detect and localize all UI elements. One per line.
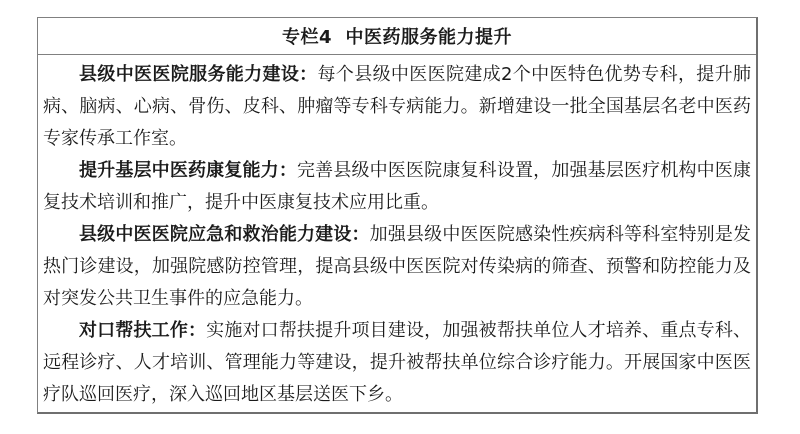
paragraph-emergency-capacity: 县级中医医院应急和救治能力建设：加强县级中医医院感染性疾病科等科室特别是发热门诊… <box>43 219 751 315</box>
column4-panel: 专栏4 中医药服务能力提升 县级中医医院服务能力建设：每个县级中医医院建成2个中… <box>37 17 758 414</box>
panel-body: 县级中医医院服务能力建设：每个县级中医医院建成2个中医特色优势专科，提升肺病、脑… <box>38 55 756 411</box>
paragraph-county-service: 县级中医医院服务能力建设：每个县级中医医院建成2个中医特色优势专科，提升肺病、脑… <box>43 59 751 155</box>
paragraph-lead: 县级中医医院应急和救治能力建设： <box>79 224 370 245</box>
paragraph-lead: 对口帮扶工作： <box>79 320 206 341</box>
paragraph-rehab-capacity: 提升基层中医药康复能力：完善县级中医医院康复科设置，加强基层医疗机构中医康复技术… <box>43 155 751 219</box>
panel-title: 专栏4 中医药服务能力提升 <box>282 23 512 49</box>
panel-header: 专栏4 中医药服务能力提升 <box>38 18 756 55</box>
paragraph-lead: 提升基层中医药康复能力： <box>79 160 297 181</box>
paragraph-lead: 县级中医医院服务能力建设： <box>79 64 318 85</box>
paragraph-paired-assistance: 对口帮扶工作：实施对口帮扶提升项目建设，加强被帮扶单位人才培养、重点专科、远程诊… <box>43 315 751 411</box>
document-page: 专栏4 中医药服务能力提升 县级中医医院服务能力建设：每个县级中医医院建成2个中… <box>0 0 800 434</box>
